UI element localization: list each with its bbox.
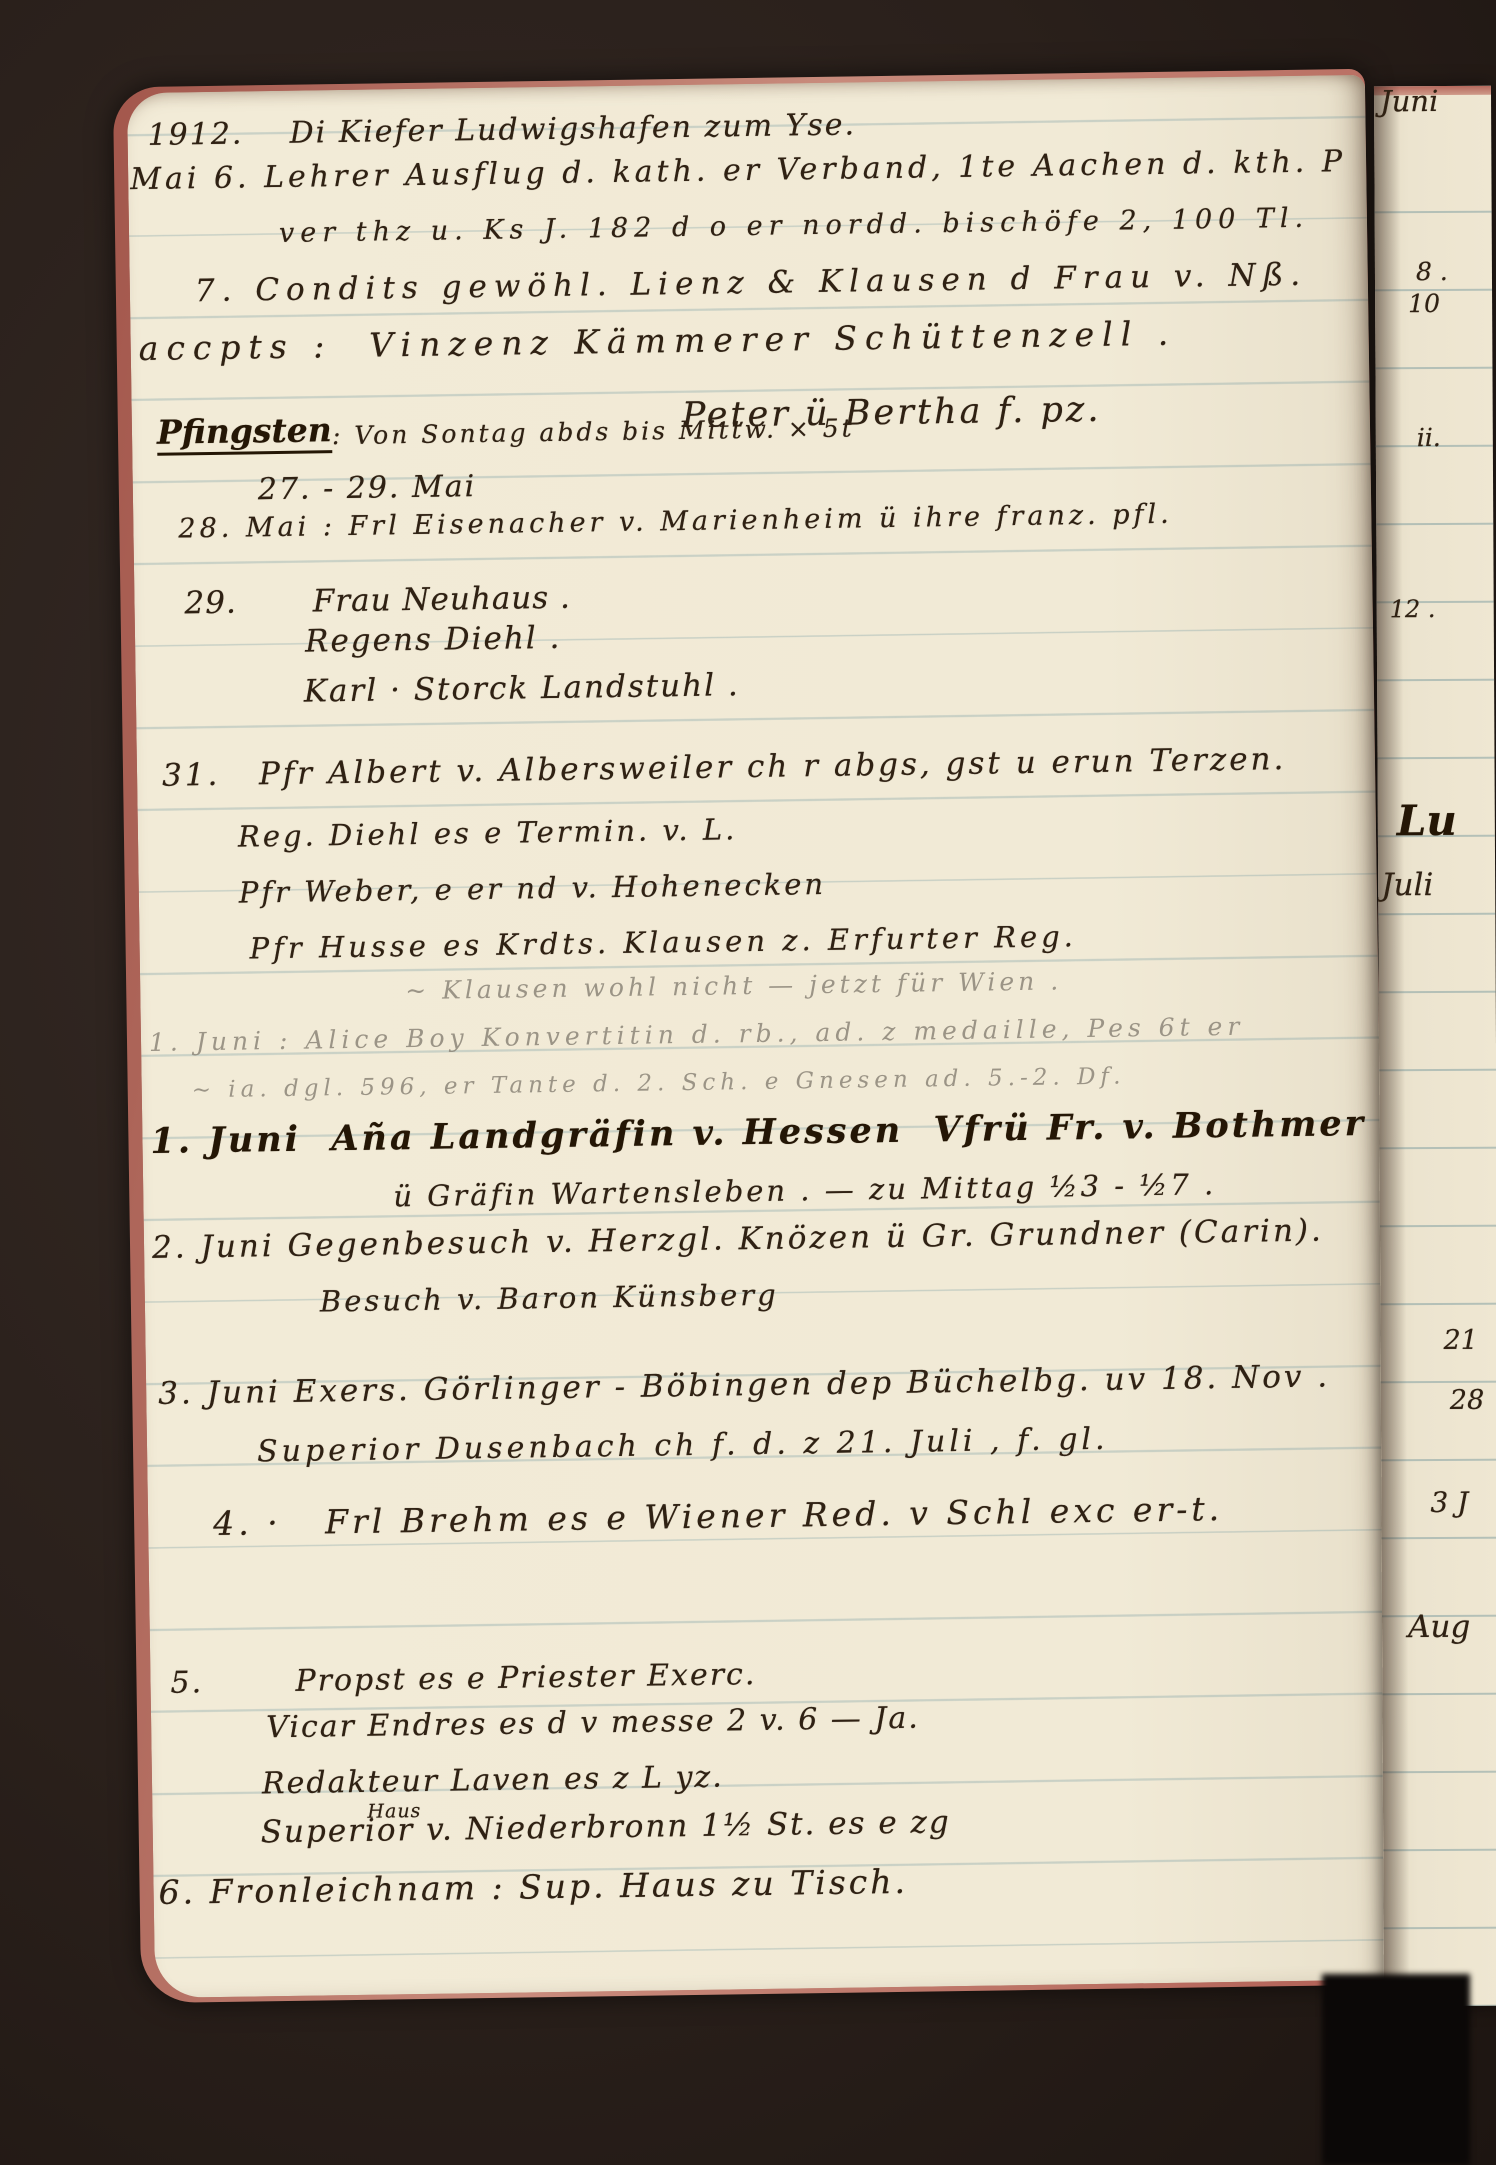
handwritten-line: 27. - 29. Mai <box>258 470 477 506</box>
handwritten-line: accpts : Vinzenz Kämmerer Schüttenzell . <box>138 316 1176 368</box>
handwritten-line: Mai 6. Lehrer Ausflug d. kath. er Verban… <box>130 145 1346 196</box>
handwritten-line: 2. Juni Gegenbesuch v. Herzgl. Knözen ü … <box>152 1214 1324 1265</box>
right-page: Juni8 .10ii.12 .LuJuli21283 JAug <box>1374 86 1496 2007</box>
handwritten-line: 28. Mai : Frl Eisenacher v. Marienheim ü… <box>178 500 1173 544</box>
handwriting-fragment: Aug <box>1408 1610 1470 1644</box>
handwriting-fragment: Lu <box>1397 798 1457 845</box>
photo-backdrop: 1912. Di Kiefer Ludwigshafen zum Yse.Mai… <box>0 0 1496 2165</box>
left-page-handwriting: 1912. Di Kiefer Ludwigshafen zum Yse.Mai… <box>127 75 1365 93</box>
handwritten-line: 3. Juni Exers. Görlinger - Böbingen dep … <box>158 1359 1330 1410</box>
handwriting-fragment: 12 . <box>1390 596 1436 623</box>
handwritten-line: Superior Dusenbach ch f. d. z 21. Juli ,… <box>257 1423 1109 1469</box>
handwriting-fragment: 8 . <box>1416 258 1448 286</box>
handwritten-line: Pfingsten <box>157 412 332 456</box>
handwritten-line: ~ ia. dgl. 596, er Tante d. 2. Sch. e Gn… <box>192 1064 1126 1103</box>
handwritten-line: Superior v. Niederbronn 1½ St. es e zg <box>261 1805 951 1849</box>
handwritten-line: 5. Propst es e Priester Exerc. <box>170 1658 756 1700</box>
left-page: 1912. Di Kiefer Ludwigshafen zum Yse.Mai… <box>127 75 1393 1998</box>
handwriting-fragment: ii. <box>1417 424 1441 452</box>
handwritten-line: 1912. Di Kiefer Ludwigshafen zum Yse. <box>147 108 856 152</box>
handwritten-line: Vicar Endres es d v messe 2 v. 6 — Ja. <box>266 1702 920 1745</box>
handwritten-line: Besuch v. Baron Künsberg <box>320 1280 779 1319</box>
handwritten-line: Pfr Weber, e er nd v. Hohenecken <box>239 869 827 910</box>
handwritten-line: 7. Condits gewöhl. Lienz & Klausen d Fra… <box>195 258 1308 309</box>
handwriting-fragment: Juni <box>1380 86 1438 118</box>
gutter-bottom-shadow <box>1322 1974 1470 2165</box>
handwritten-line: 29. Frau Neuhaus . <box>184 581 571 621</box>
handwritten-line: ü Gräfin Wartensleben . — zu Mittag ½3 -… <box>393 1169 1216 1213</box>
handwriting-fragment: 28 <box>1450 1386 1485 1416</box>
handwriting-fragment: 21 <box>1443 1326 1478 1356</box>
left-page-red-edge: 1912. Di Kiefer Ludwigshafen zum Yse.Mai… <box>113 69 1393 2003</box>
handwritten-line: Peter ü Bertha f. pz. <box>682 391 1102 436</box>
handwriting-fragment: 3 J <box>1430 1488 1468 1519</box>
handwritten-line: ver thz u. Ks J. 182 d o er nordd. bisch… <box>279 204 1310 249</box>
handwritten-line: Redakteur Laven es z L yz. <box>262 1761 724 1801</box>
handwritten-line: Regens Diehl . <box>305 621 562 659</box>
handwritten-line: Reg. Diehl es e Termin. v. L. <box>238 814 738 853</box>
handwritten-line: 1. Juni : Alice Boy Konvertitin d. rb., … <box>149 1013 1245 1057</box>
handwritten-line: 6. Fronleichnam : Sup. Haus zu Tisch. <box>158 1864 908 1911</box>
handwritten-line: Pfr Husse es Krdts. Klausen z. Erfurter … <box>249 921 1077 965</box>
handwritten-line: 1. Juni Aña Landgräfin v. Hessen Vfrü Fr… <box>150 1104 1393 1161</box>
handwritten-line: ~ Klausen wohl nicht — jetzt für Wien . <box>405 967 1062 1004</box>
handwritten-line: 4. · Frl Brehm es e Wiener Red. v Schl e… <box>213 1491 1223 1542</box>
handwritten-line: 31. Pfr Albert v. Albersweiler ch r abgs… <box>162 742 1287 793</box>
handwritten-line: Karl · Storck Landstuhl . <box>304 668 740 709</box>
handwriting-fragment: 10 <box>1408 290 1440 318</box>
handwriting-fragment: Juli <box>1381 868 1433 902</box>
